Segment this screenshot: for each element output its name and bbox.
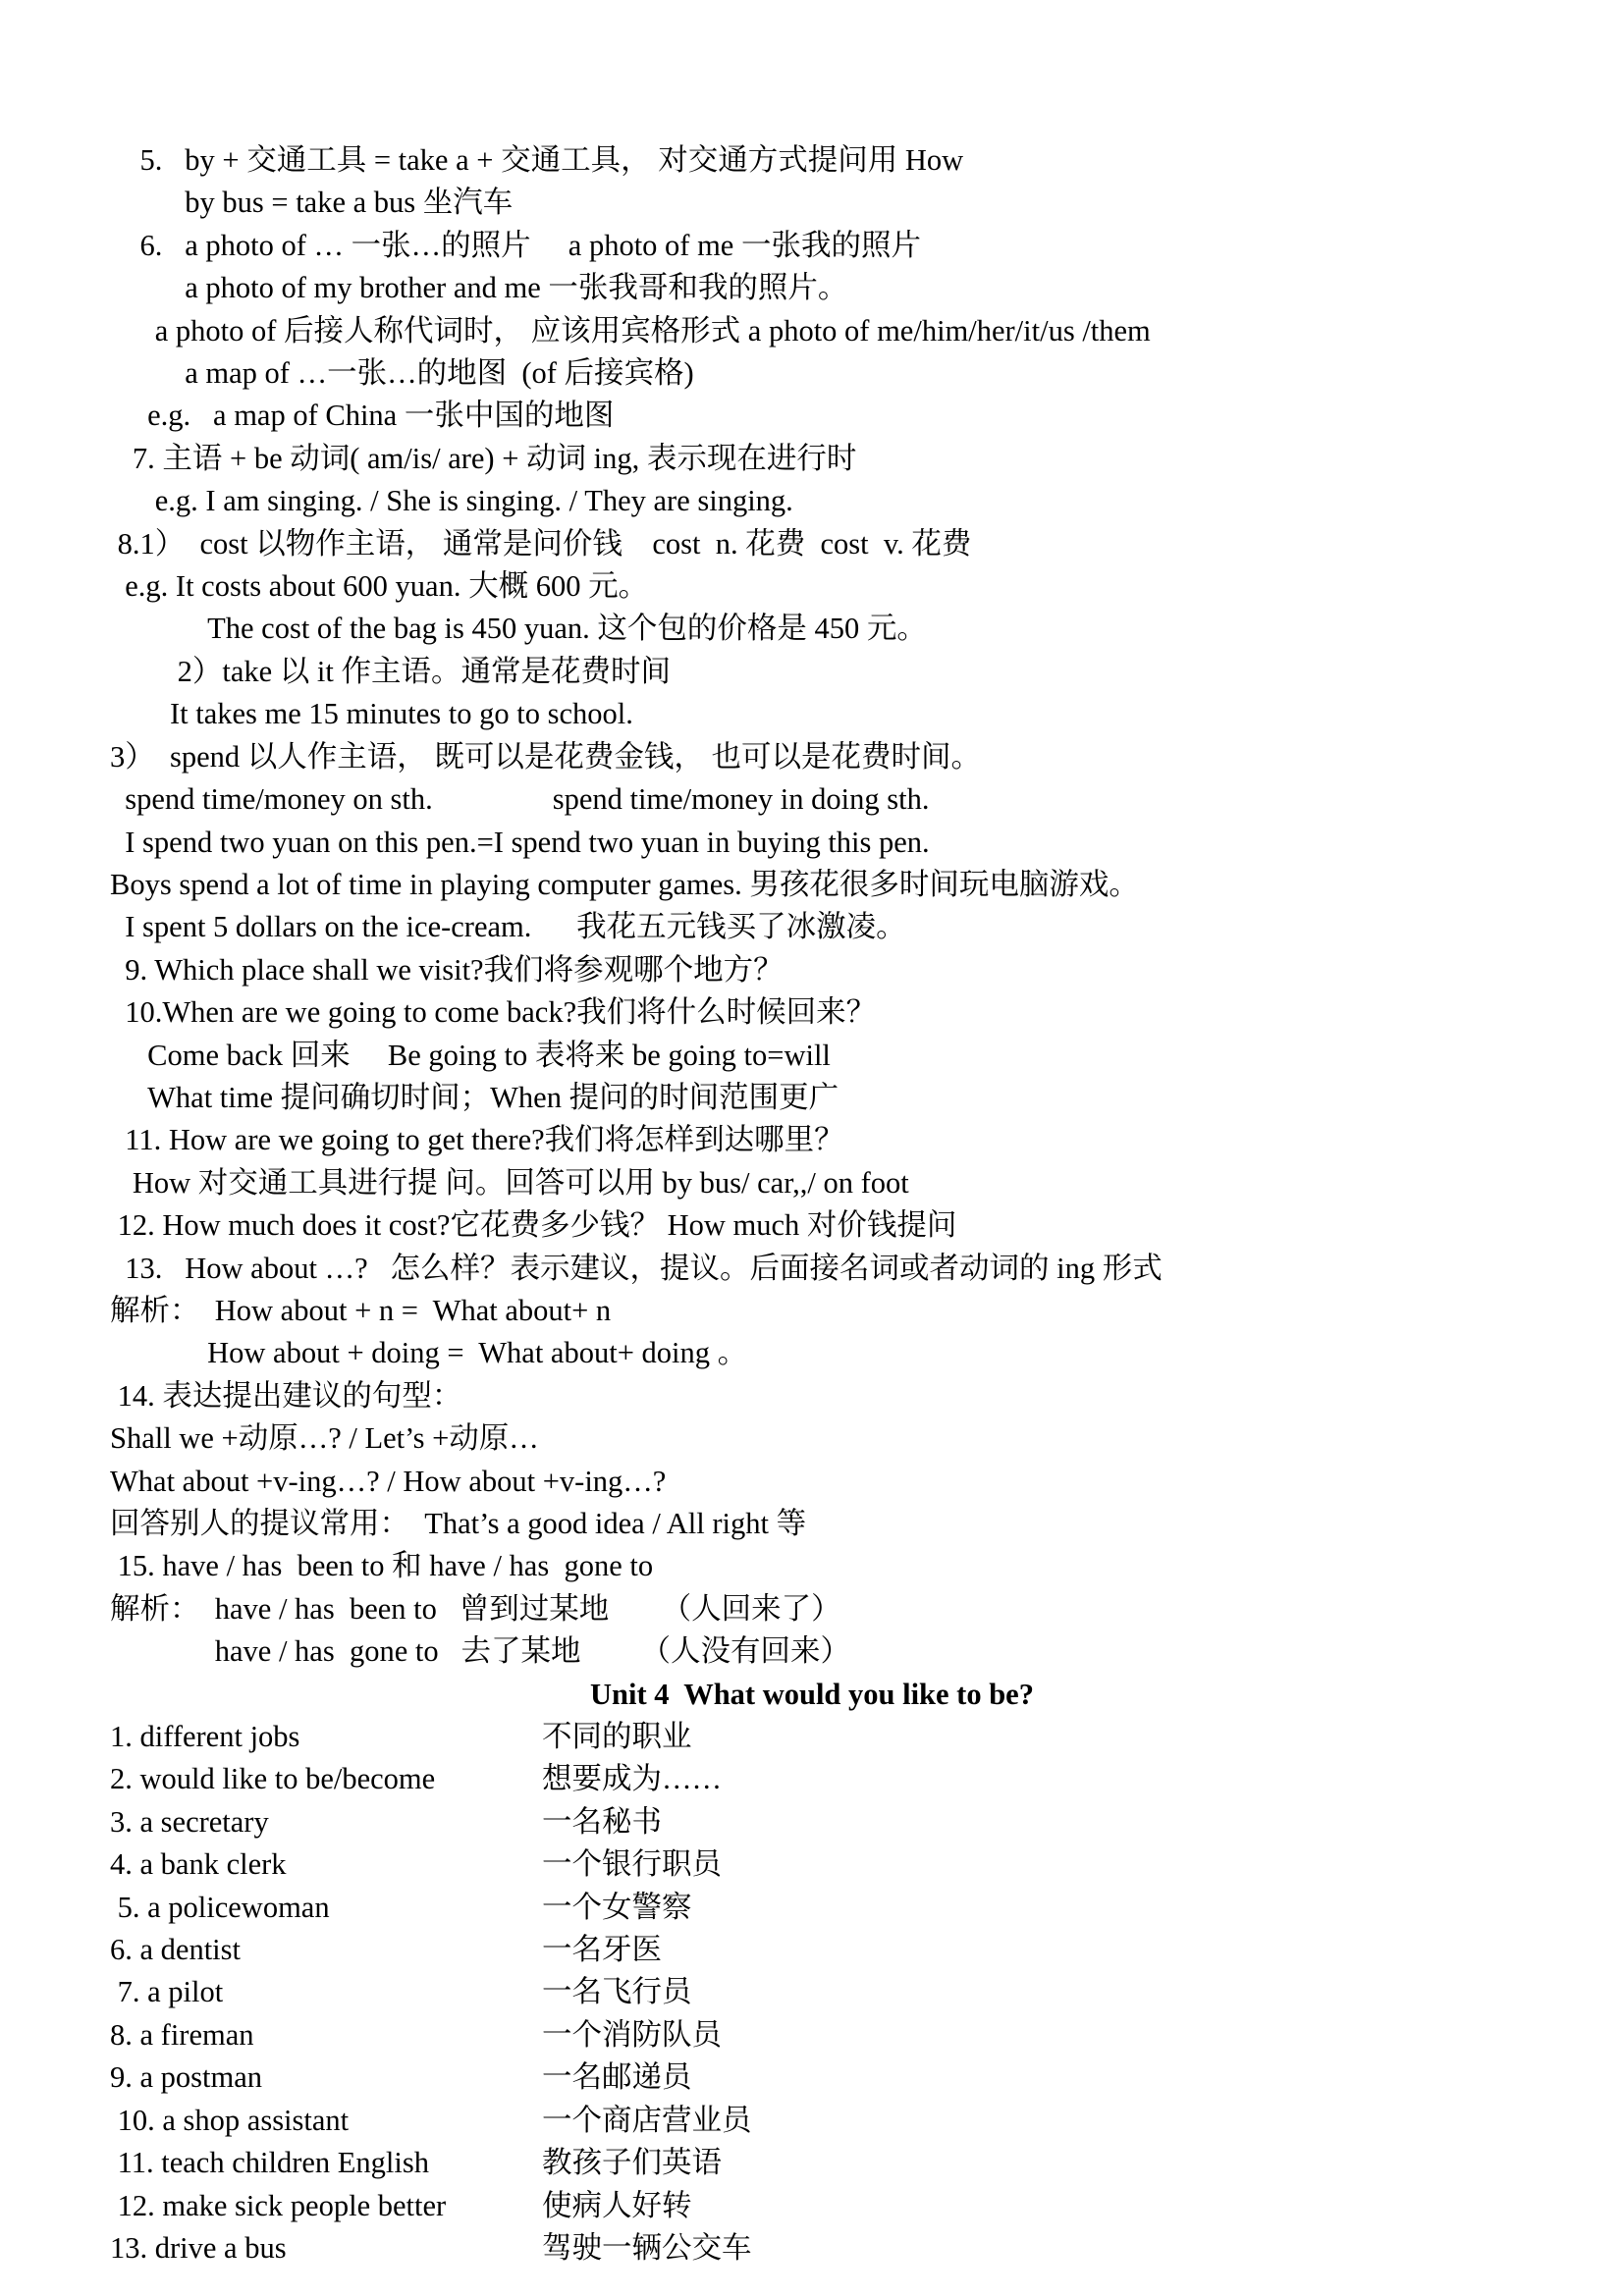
vocab-chinese: 教孩子们英语 [542, 2146, 722, 2179]
text-line: 12. How much does it cost?它花费多少钱？ How mu… [110, 1204, 1514, 1247]
vocab-english: 7. a pilot [110, 1971, 542, 2013]
text-line: 14. 表达提出建议的句型： [110, 1375, 1514, 1417]
text-line: 5. by + 交通工具 = take a + 交通工具， 对交通方式提问用 H… [110, 139, 1514, 182]
text-line: 11. How are we going to get there?我们将怎样到… [110, 1119, 1514, 1161]
text-line: 8.1） cost 以物作主语， 通常是问价钱 cost n. 花费 cost … [110, 523, 1514, 565]
vocab-row: 5. a policewoman一个女警察 [110, 1887, 1514, 1929]
text-line: spend time/money on sth. spend time/mone… [110, 778, 1514, 821]
vocab-chinese: 一名飞行员 [542, 1975, 692, 2008]
text-line: 解析： have / has been to 曾到过某地 （人回来了） [110, 1588, 1514, 1630]
vocab-row: 3. a secretary一名秘书 [110, 1801, 1514, 1843]
vocab-english: 4. a bank clerk [110, 1843, 542, 1886]
text-line: a photo of 后接人称代词时， 应该用宾格形式 a photo of m… [110, 310, 1514, 352]
vocab-english: 13. drive a bus [110, 2227, 542, 2269]
vocab-english: 3. a secretary [110, 1801, 542, 1843]
vocab-english: 8. a fireman [110, 2014, 542, 2056]
text-line: How 对交通工具进行提 问。回答可以用 by bus/ car,,/ on f… [110, 1162, 1514, 1204]
text-line: a map of …一张…的地图 (of 后接宾格) [110, 352, 1514, 395]
text-line: 7. 主语 + be 动词( am/is/ are) + 动词 ing, 表示现… [110, 438, 1514, 480]
text-line: Shall we +动原…? / Let’s +动原… [110, 1417, 1514, 1460]
vocab-chinese: 一名秘书 [542, 1805, 662, 1839]
vocab-row: 1. different jobs不同的职业 [110, 1716, 1514, 1758]
vocab-row: 12. make sick people better使病人好转 [110, 2185, 1514, 2227]
vocab-chinese: 使病人好转 [542, 2189, 692, 2222]
text-line: 回答别人的提议常用： That’s a good idea / All righ… [110, 1503, 1514, 1545]
vocab-chinese: 一个银行职员 [542, 1847, 722, 1881]
text-line: 9. Which place shall we visit?我们将参观哪个地方？ [110, 949, 1514, 991]
text-line: I spend two yuan on this pen.=I spend tw… [110, 822, 1514, 864]
vocab-row: 10. a shop assistant一个商店营业员 [110, 2100, 1514, 2142]
text-line: by bus = take a bus 坐汽车 [110, 182, 1514, 224]
grammar-notes-section: 5. by + 交通工具 = take a + 交通工具， 对交通方式提问用 H… [110, 139, 1514, 1674]
vocab-chinese: 一名牙医 [542, 1933, 662, 1966]
text-line: Boys spend a lot of time in playing comp… [110, 864, 1514, 906]
text-line: 解析： How about + n = What about+ n [110, 1290, 1514, 1332]
vocab-row: 9. a postman一名邮递员 [110, 2056, 1514, 2099]
vocab-chinese: 不同的职业 [542, 1720, 692, 1753]
unit4-title: Unit 4 What would you like to be? [110, 1674, 1514, 1716]
vocab-english: 2. would like to be/become [110, 1758, 542, 1800]
vocab-chinese: 驾驶一辆公交车 [542, 2231, 752, 2265]
text-line: 15. have / has been to 和 have / has gone… [110, 1545, 1514, 1587]
text-line: 13. How about …? 怎么样？表示建议，提议。后面接名词或者动词的 … [110, 1248, 1514, 1290]
vocab-row: 13. drive a bus驾驶一辆公交车 [110, 2227, 1514, 2269]
study-notes-document: 5. by + 交通工具 = take a + 交通工具， 对交通方式提问用 H… [0, 0, 1624, 2269]
vocab-chinese: 想要成为…… [542, 1762, 722, 1795]
vocab-english: 10. a shop assistant [110, 2100, 542, 2142]
text-line: Come back 回来 Be going to 表将来 be going to… [110, 1035, 1514, 1077]
vocab-chinese: 一个消防队员 [542, 2018, 722, 2052]
text-line: I spent 5 dollars on the ice-cream. 我花五元… [110, 906, 1514, 948]
vocab-chinese: 一个女警察 [542, 1891, 692, 1924]
text-line: e.g. It costs about 600 yuan. 大概 600 元。 [110, 565, 1514, 608]
vocab-row: 4. a bank clerk一个银行职员 [110, 1843, 1514, 1886]
text-line: e.g. I am singing. / She is singing. / T… [110, 480, 1514, 522]
vocab-row: 7. a pilot一名飞行员 [110, 1971, 1514, 2013]
text-line: have / has gone to 去了某地 （人没有回来） [110, 1630, 1514, 1673]
text-line: 2）take 以 it 作主语。通常是花费时间 [110, 651, 1514, 693]
text-line: The cost of the bag is 450 yuan. 这个包的价格是… [110, 608, 1514, 650]
vocab-row: 6. a dentist一名牙医 [110, 1929, 1514, 1971]
vocab-row: 11. teach children English教孩子们英语 [110, 2142, 1514, 2184]
vocab-english: 9. a postman [110, 2056, 542, 2099]
document-page: 5. by + 交通工具 = take a + 交通工具， 对交通方式提问用 H… [0, 0, 1624, 2296]
text-line: It takes me 15 minutes to go to school. [110, 693, 1514, 735]
text-line: 3） spend 以人作主语， 既可以是花费金钱， 也可以是花费时间。 [110, 736, 1514, 778]
text-line: 6. a photo of … 一张…的照片 a photo of me 一张我… [110, 225, 1514, 267]
text-line: 10.When are we going to come back?我们将什么时… [110, 991, 1514, 1034]
vocab-english: 12. make sick people better [110, 2185, 542, 2227]
text-line: What time 提问确切时间；When 提问的时间范围更广 [110, 1077, 1514, 1119]
text-line: What about +v-ing…? / How about +v-ing…? [110, 1461, 1514, 1503]
vocab-english: 6. a dentist [110, 1929, 542, 1971]
text-line: a photo of my brother and me 一张我哥和我的照片。 [110, 267, 1514, 309]
vocab-row: 8. a fireman一个消防队员 [110, 2014, 1514, 2056]
vocab-chinese: 一名邮递员 [542, 2060, 692, 2094]
vocab-english: 1. different jobs [110, 1716, 542, 1758]
vocab-english: 5. a policewoman [110, 1887, 542, 1929]
unit4-vocab-list: 1. different jobs不同的职业2. would like to b… [110, 1716, 1514, 2269]
vocab-row: 2. would like to be/become想要成为…… [110, 1758, 1514, 1800]
text-line: How about + doing = What about+ doing 。 [110, 1332, 1514, 1374]
vocab-chinese: 一个商店营业员 [542, 2104, 752, 2137]
text-line: e.g. a map of China 一张中国的地图 [110, 395, 1514, 437]
vocab-english: 11. teach children English [110, 2142, 542, 2184]
